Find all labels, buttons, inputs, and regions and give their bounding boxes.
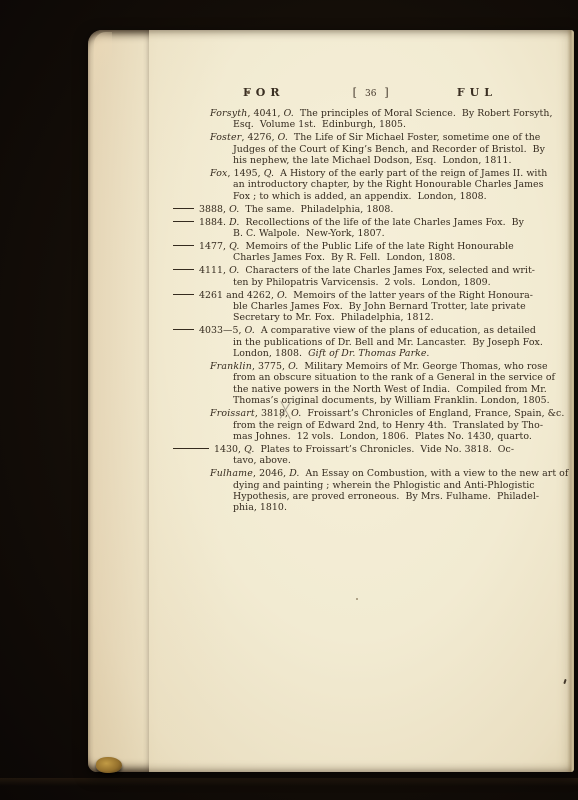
page-fore-edge-stack: [88, 30, 149, 772]
entry-first-line: 3888, O. The same. Philadelphia, 1808.: [173, 204, 557, 215]
text-run: Memoirs of the Public Life of the late R…: [239, 241, 513, 252]
italic-text: Gift of Dr. Thomas Parke.: [308, 348, 429, 359]
text-run: mas Johnes. 12 vols. London, 1806. Plate…: [233, 431, 532, 442]
text-run: , 4041,: [247, 108, 283, 119]
page-number: 36: [365, 89, 376, 99]
text-run: Esq. Volume 1st. Edinburgh, 1805.: [233, 119, 406, 130]
italic-text: O.: [229, 204, 239, 215]
ditto-dash-icon: [173, 221, 194, 222]
text-run: Hypothesis, are proved erroneous. By Mrs…: [233, 491, 539, 502]
ditto-dash-icon: [173, 208, 194, 209]
entry-author-name: Forsyth: [210, 108, 247, 119]
entry-continuation-line: mas Johnes. 12 vols. London, 1806. Plate…: [233, 431, 557, 442]
text-run: his nephew, the late Michael Dodson, Esq…: [233, 155, 512, 166]
entry-author-name: Fox: [210, 168, 228, 179]
entry-continuation-line: Hypothesis, are proved erroneous. By Mrs…: [233, 491, 557, 502]
text-run: an introductory chapter, by the Right Ho…: [233, 179, 544, 190]
italic-text: O.: [278, 132, 288, 143]
text-run: Military Memoirs of Mr. George Thomas, w…: [298, 361, 547, 372]
catalog-entry: Foster, 4276, O. The Life of Sir Michael…: [173, 132, 557, 166]
text-run: tavo, above.: [233, 455, 291, 466]
text-run: 4033—5,: [199, 325, 245, 336]
catalog-entry: 4111, O. Characters of the late Charles …: [173, 265, 557, 288]
entry-author-name: Froissart: [210, 408, 255, 419]
entry-continuation-line: his nephew, the late Michael Dodson, Esq…: [233, 155, 557, 166]
entry-continuation-line: tavo, above.: [233, 455, 557, 466]
entry-first-line: Forsyth, 4041, O. The principles of Mora…: [210, 108, 557, 119]
entry-first-line: 1884. D. Recollections of the life of th…: [173, 217, 557, 228]
text-run: 4111,: [199, 265, 229, 276]
entry-continuation-line: Fox ; to which is added, an appendix. Lo…: [233, 191, 557, 202]
text-run: Plates to Froissart’s Chronicles. Vide N…: [254, 444, 514, 455]
entry-continuation-line: the native powers in the North West of I…: [233, 384, 557, 395]
entry-continuation-line: Charles James Fox. By R. Fell. London, 1…: [233, 252, 557, 263]
text-run: phia, 1810.: [233, 502, 287, 513]
ditto-dash-icon: [173, 269, 194, 270]
pencil-x-mark-icon: [278, 400, 293, 420]
text-run: The Life of Sir Michael Foster, sometime…: [288, 132, 541, 143]
catalog-entry: Froissart, 3818, O. Froissart’s Chronicl…: [173, 408, 557, 442]
text-run: Fox ; to which is added, an appendix. Lo…: [233, 191, 487, 202]
entry-continuation-line: ten by Philopatris Varvicensis. 2 vols. …: [233, 277, 557, 288]
italic-text: O.: [288, 361, 298, 372]
italic-text: Q.: [229, 241, 239, 252]
catalog-entry: Franklin, 3775, O. Military Memoirs of M…: [173, 361, 557, 407]
entry-continuation-line: dying and painting ; wherein the Phlogis…: [233, 480, 557, 491]
text-run: , 2046,: [253, 468, 289, 479]
entry-continuation-line: in the publications of Dr. Bell and Mr. …: [233, 337, 557, 348]
text-run: 1430,: [214, 444, 244, 455]
ink-fleck: [356, 598, 358, 600]
entry-continuation-line: from an obscure situation to the rank of…: [233, 372, 557, 383]
catalog-entry: 1884. D. Recollections of the life of th…: [173, 217, 557, 240]
catalog-entries: Forsyth, 4041, O. The principles of Mora…: [173, 108, 557, 514]
text-run: from an obscure situation to the rank of…: [233, 372, 555, 383]
text-run: in the publications of Dr. Bell and Mr. …: [233, 337, 543, 348]
text-run: Characters of the late Charles James Fox…: [239, 265, 535, 276]
text-run: dying and painting ; wherein the Phlogis…: [233, 480, 535, 491]
text-run: , 1495,: [228, 168, 264, 179]
ditto-dash-icon: [173, 245, 194, 246]
catalog-entry: Forsyth, 4041, O. The principles of Mora…: [173, 108, 557, 131]
catalog-entry: 1477, Q. Memoirs of the Public Life of t…: [173, 241, 557, 264]
entry-first-line: Froissart, 3818, O. Froissart’s Chronicl…: [210, 408, 557, 419]
text-run: B. C. Walpole. New-York, 1807.: [233, 228, 385, 239]
clasp-detail: [96, 757, 122, 773]
text-run: 3888,: [199, 204, 229, 215]
header-right-title: FUL: [457, 86, 497, 99]
text-run: A History of the early part of the reign…: [274, 168, 547, 179]
text-run: ble Charles James Fox. By John Bernard T…: [233, 301, 526, 312]
text-run: , 3775,: [252, 361, 288, 372]
close-bracket: ]: [384, 86, 388, 99]
italic-text: O.: [284, 108, 294, 119]
entry-first-line: 4033—5, O. A comparative view of the pla…: [173, 325, 557, 336]
scanned-book-photo: { "scene": { "background_color": "#140e0…: [0, 0, 578, 800]
text-run: 1884.: [199, 217, 229, 228]
entry-first-line: Fox, 1495, Q. A History of the early par…: [210, 168, 557, 179]
catalog-entry: 3888, O. The same. Philadelphia, 1808.: [173, 204, 557, 215]
text-run: Memoirs of the latter years of the Right…: [287, 290, 533, 301]
entry-continuation-line: Esq. Volume 1st. Edinburgh, 1805.: [233, 119, 557, 130]
entry-continuation-line: Judges of the Court of King’s Bench, and…: [233, 144, 557, 155]
running-header: FOR [ 36 ] FUL: [173, 86, 557, 99]
entry-continuation-line: Secretary to Mr. Fox. Philadelphia, 1812…: [233, 312, 557, 323]
italic-text: Q.: [264, 168, 274, 179]
italic-text: D.: [229, 217, 239, 228]
entry-first-line: 1430, Q. Plates to Froissart’s Chronicle…: [173, 444, 557, 455]
entry-author-name: Fulhame: [210, 468, 253, 479]
ditto-dash-icon: [173, 294, 194, 295]
entry-author-name: Foster: [210, 132, 241, 143]
entry-first-line: 1477, Q. Memoirs of the Public Life of t…: [173, 241, 557, 252]
italic-text: D.: [289, 468, 299, 479]
entry-continuation-line: London, 1808. Gift of Dr. Thomas Parke.: [233, 348, 557, 359]
text-run: 4261 and 4262,: [199, 290, 277, 301]
catalog-entry: 1430, Q. Plates to Froissart’s Chronicle…: [173, 444, 557, 467]
text-run: The same. Philadelphia, 1808.: [239, 204, 393, 215]
text-run: An Essay on Combustion, with a view to t…: [299, 468, 568, 479]
entry-first-line: Franklin, 3775, O. Military Memoirs of M…: [210, 361, 557, 372]
entry-author-name: Franklin: [210, 361, 252, 372]
catalog-entry: Fox, 1495, Q. A History of the early par…: [173, 168, 557, 202]
text-run: the native powers in the North West of I…: [233, 384, 547, 395]
printed-area: FOR [ 36 ] FUL Forsyth, 4041, O. The pri…: [173, 86, 557, 514]
entry-continuation-line: an introductory chapter, by the Right Ho…: [233, 179, 557, 190]
text-run: A comparative view of the plans of educa…: [255, 325, 536, 336]
italic-text: O.: [245, 325, 255, 336]
italic-text: O.: [277, 290, 287, 301]
catalog-entry: 4033—5, O. A comparative view of the pla…: [173, 325, 557, 359]
entry-first-line: Fulhame, 2046, D. An Essay on Combustion…: [210, 468, 557, 479]
italic-text: Q.: [244, 444, 254, 455]
text-run: London, 1808.: [233, 348, 308, 359]
entry-continuation-line: from the reign of Edward 2nd, to Henry 4…: [233, 420, 557, 431]
text-run: from the reign of Edward 2nd, to Henry 4…: [233, 420, 543, 431]
catalog-entry: 4261 and 4262, O. Memoirs of the latter …: [173, 290, 557, 324]
italic-text: O.: [229, 265, 239, 276]
entry-continuation-line: phia, 1810.: [233, 502, 557, 513]
text-run: Froissart’s Chronicles of England, Franc…: [301, 408, 564, 419]
open-bracket: [: [353, 86, 357, 99]
page-right-edge: [567, 30, 574, 772]
ditto-dash-icon: [173, 448, 209, 449]
text-run: , 4276,: [241, 132, 277, 143]
ink-fleck: [247, 91, 250, 94]
catalog-entry: Fulhame, 2046, D. An Essay on Combustion…: [173, 468, 557, 514]
entry-first-line: Foster, 4276, O. The Life of Sir Michael…: [210, 132, 557, 143]
text-run: ten by Philopatris Varvicensis. 2 vols. …: [233, 277, 491, 288]
text-run: Recollections of the life of the late Ch…: [239, 217, 524, 228]
text-run: Charles James Fox. By R. Fell. London, 1…: [233, 252, 455, 263]
book-page: FOR [ 36 ] FUL Forsyth, 4041, O. The pri…: [88, 30, 574, 772]
entry-continuation-line: B. C. Walpole. New-York, 1807.: [233, 228, 557, 239]
entry-first-line: 4261 and 4262, O. Memoirs of the latter …: [173, 290, 557, 301]
entry-first-line: 4111, O. Characters of the late Charles …: [173, 265, 557, 276]
text-run: Judges of the Court of King’s Bench, and…: [233, 144, 545, 155]
text-run: 1477,: [199, 241, 229, 252]
page-number-group: [ 36 ]: [353, 86, 389, 99]
text-run: The principles of Moral Science. By Robe…: [294, 108, 553, 119]
entry-continuation-line: ble Charles James Fox. By John Bernard T…: [233, 301, 557, 312]
text-run: Secretary to Mr. Fox. Philadelphia, 1812…: [233, 312, 434, 323]
ditto-dash-icon: [173, 329, 194, 330]
table-edge-shadow: [0, 778, 578, 786]
